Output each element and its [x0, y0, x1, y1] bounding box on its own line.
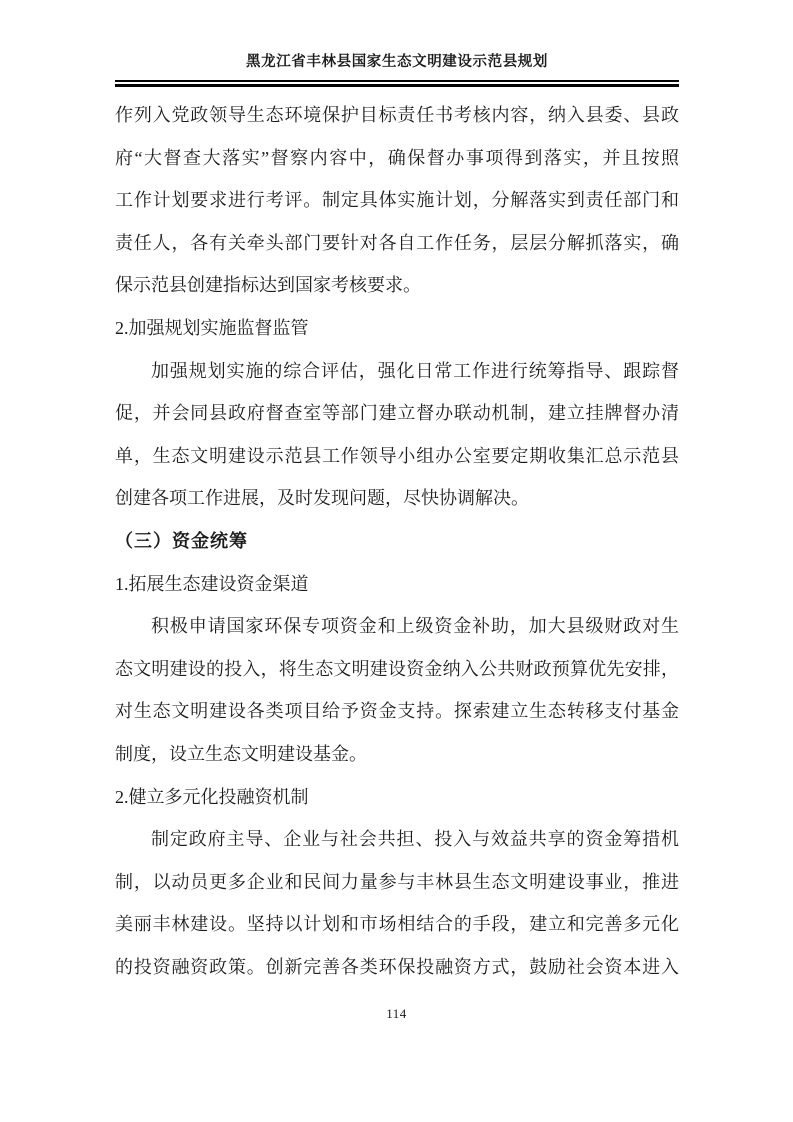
page-header: 黑龙江省丰林县国家生态文明建设示范县规划: [115, 0, 679, 87]
document-title: 黑龙江省丰林县国家生态文明建设示范县规划: [115, 52, 679, 72]
body-line: 创建各项工作进展，及时发现问题，尽快协调解决。: [115, 477, 679, 520]
header-rule: [115, 80, 679, 87]
body-line: 保示范县创建指标达到国家考核要求。: [115, 264, 679, 307]
body-line: 美丽丰林建设。坚持以计划和市场相结合的手段，建立和完善多元化: [115, 903, 679, 946]
body-line: 单，生态文明建设示范县工作领导小组办公室要定期收集汇总示范县: [115, 435, 679, 478]
body-line: 积极申请国家环保专项资金和上级资金补助，加大县级财政对生: [115, 605, 679, 648]
page-number: 114: [0, 1004, 793, 1024]
header-rule-thick-line: [115, 84, 679, 87]
body-line: 对生态文明建设各类项目给予资金支持。探索建立生态转移支付基金: [115, 690, 679, 733]
body-line: 制度，设立生态文明建设基金。: [115, 733, 679, 776]
numbered-heading: 2.健立多元化投融资机制: [115, 776, 679, 819]
body-line: 作列入党政领导生态环境保护目标责任书考核内容，纳入县委、县政: [115, 94, 679, 137]
document-body: 作列入党政领导生态环境保护目标责任书考核内容，纳入县委、县政 府“大督查大落实”…: [115, 94, 679, 988]
body-line: 府“大督查大落实”督察内容中，确保督办事项得到落实，并且按照: [115, 137, 679, 180]
numbered-heading: 1.拓展生态建设资金渠道: [115, 563, 679, 606]
body-line: 加强规划实施的综合评估，强化日常工作进行统筹指导、跟踪督: [115, 350, 679, 393]
body-line: 态文明建设的投入，将生态文明建设资金纳入公共财政预算优先安排，: [115, 648, 679, 691]
body-line: 促，并会同县政府督查室等部门建立督办联动机制，建立挂牌督办清: [115, 392, 679, 435]
page-footer: 114: [0, 1004, 793, 1024]
numbered-heading: 2.加强规划实施监督监管: [115, 307, 679, 350]
document-page: 黑龙江省丰林县国家生态文明建设示范县规划 作列入党政领导生态环境保护目标责任书考…: [0, 0, 793, 1122]
body-line: 责任人，各有关牵头部门要针对各自工作任务，层层分解抓落实，确: [115, 222, 679, 265]
section-heading: （三）资金统筹: [115, 520, 679, 563]
body-line: 的投资融资政策。创新完善各类环保投融资方式，鼓励社会资本进入: [115, 946, 679, 989]
body-line: 制，以动员更多企业和民间力量参与丰林县生态文明建设事业，推进: [115, 861, 679, 904]
body-line: 工作计划要求进行考评。制定具体实施计划，分解落实到责任部门和: [115, 179, 679, 222]
body-line: 制定政府主导、企业与社会共担、投入与效益共享的资金筹措机: [115, 818, 679, 861]
